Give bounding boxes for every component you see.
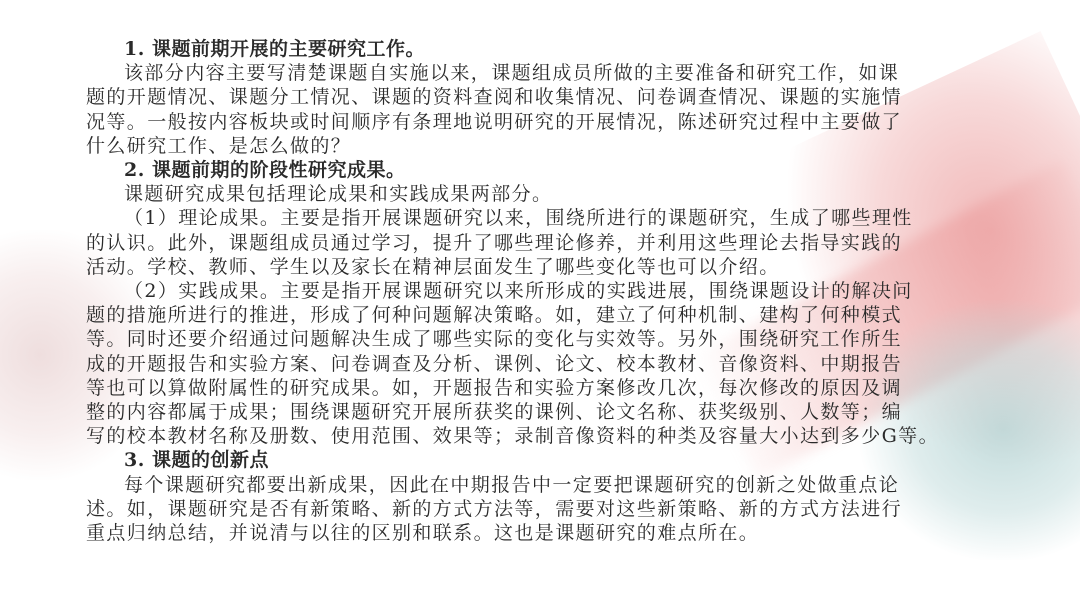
text-line: 重点归纳总结，并说清与以往的区别和联系。这也是课题研究的难点所在。: [86, 521, 1036, 545]
section2-heading: 2. 课题前期的阶段性研究成果。: [86, 158, 1036, 182]
section1-heading: 1. 课题前期开展的主要研究工作。: [86, 37, 1036, 61]
section1-paragraph: 该部分内容主要写清楚课题自实施以来，课题组成员所做的主要准备和研究工作，如课 题…: [86, 61, 1036, 158]
section3-heading: 3. 课题的创新点: [86, 448, 1036, 472]
text-line: 等也可以算做附属性的研究成果。如，开题报告和实验方案修改几次，每次修改的原因及调: [86, 376, 1036, 400]
text-line: 况等。一般按内容板块或时间顺序有条理地说明研究的开展情况，陈述研究过程中主要做了: [86, 110, 1036, 134]
practice-results-paragraph: （2）实践成果。主要是指开展课题研究以来所形成的实践进展，围绕课题设计的解决问 …: [86, 279, 1036, 448]
text-line: 每个课题研究都要出新成果，因此在中期报告中一定要把课题研究的创新之处做重点论: [86, 473, 1036, 497]
text-line: 等。同时还要介绍通过问题解决生成了哪些实际的变化与实效等。另外，围绕研究工作所生: [86, 327, 1036, 351]
text-line: 写的校本教材名称及册数、使用范围、效果等；录制音像资料的种类及容量大小达到多少G…: [86, 424, 1036, 448]
text-line: 题的措施所进行的推进，形成了何种问题解决策略。如，建立了何种机制、建构了何种模式: [86, 303, 1036, 327]
text-line: （1）理论成果。主要是指开展课题研究以来，围绕所进行的课题研究，生成了哪些理性: [86, 206, 1036, 230]
theory-results-paragraph: （1）理论成果。主要是指开展课题研究以来，围绕所进行的课题研究，生成了哪些理性 …: [86, 206, 1036, 279]
text-line: 成的开题报告和实验方案、问卷调查及分析、课例、论文、校本教材、音像资料、中期报告: [86, 352, 1036, 376]
text-line: 什么研究工作、是怎么做的？: [86, 134, 1036, 158]
section3-paragraph: 每个课题研究都要出新成果，因此在中期报告中一定要把课题研究的创新之处做重点论 述…: [86, 473, 1036, 546]
text-line: （2）实践成果。主要是指开展课题研究以来所形成的实践进展，围绕课题设计的解决问: [86, 279, 1036, 303]
text-line: 该部分内容主要写清楚课题自实施以来，课题组成员所做的主要准备和研究工作，如课: [86, 61, 1036, 85]
text-line: 的认识。此外，课题组成员通过学习，提升了哪些理论修养，并利用这些理论去指导实践的: [86, 231, 1036, 255]
document-body: 1. 课题前期开展的主要研究工作。 该部分内容主要写清楚课题自实施以来，课题组成…: [86, 37, 1036, 545]
text-line: 述。如，课题研究是否有新策略、新的方式方法等，需要对这些新策略、新的方式方法进行: [86, 497, 1036, 521]
text-line: 整的内容都属于成果；围绕课题研究开展所获奖的课例、论文名称、获奖级别、人数等；编: [86, 400, 1036, 424]
text-line: 题的开题情况、课题分工情况、课题的资料查阅和收集情况、问卷调查情况、课题的实施情: [86, 85, 1036, 109]
text-line: 活动。学校、教师、学生以及家长在精神层面发生了哪些变化等也可以介绍。: [86, 255, 1036, 279]
section2-intro: 课题研究成果包括理论成果和实践成果两部分。: [86, 182, 1036, 206]
